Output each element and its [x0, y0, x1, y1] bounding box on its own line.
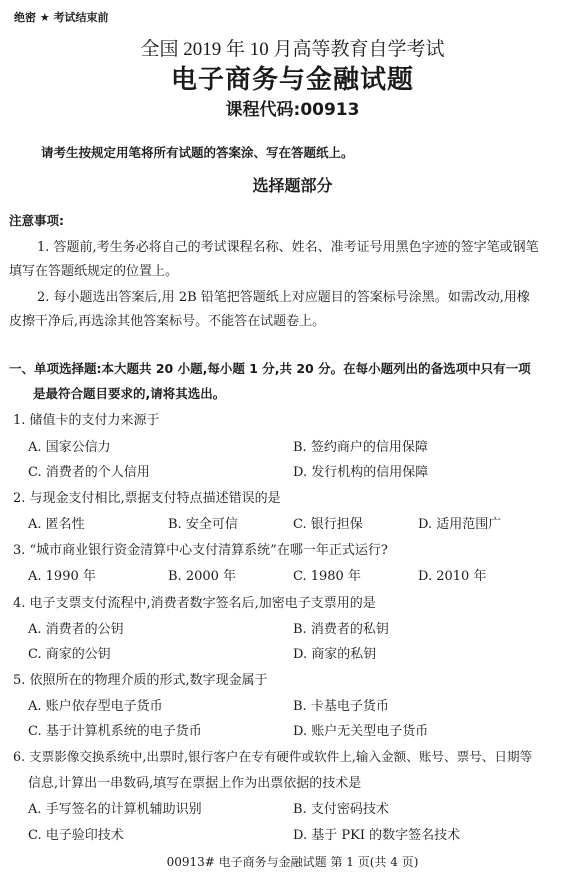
question-4-stem: 4. 电子支票支付流程中,消费者数字签名后,加密电子支票用的是	[13, 597, 376, 610]
question-1-option-a: A. 国家公信力	[28, 441, 111, 454]
question-1-stem: 1. 储值卡的支付力来源于	[13, 414, 160, 427]
question-3-option-d: D. 2010 年	[418, 570, 486, 583]
section-heading-line-2: 是最符合题目要求的,请将其选出。	[33, 388, 225, 401]
note-2-line-1: 2. 每小题选出答案后,用 2B 铅笔把答题纸上对应题目的答案标号涂黑。如需改动…	[37, 291, 530, 304]
question-6-stem-line-1: 6. 支票影像交换系统中,出票时,银行客户在专有硬件或软件上,输入金额、账号、票…	[13, 751, 532, 764]
question-6-option-a: A. 手写签名的计算机辅助识别	[28, 803, 202, 816]
question-1-option-d: D. 发行机构的信用保障	[293, 466, 428, 479]
question-1-option-b: B. 签约商户的信用保障	[293, 441, 428, 454]
confidential-label: 绝密 ★ 考试结束前	[14, 12, 109, 23]
question-5-option-b: B. 卡基电子货币	[293, 700, 389, 713]
note-1-line-2: 填写在答题纸规定的位置上。	[9, 265, 178, 278]
page-title: 电子商务与金融试题	[0, 67, 585, 93]
question-3-stem: 3. “城市商业银行资金清算中心支付清算系统”在哪一年正式运行?	[13, 544, 388, 557]
section-heading-line-1: 一、单项选择题:本大题共 20 小题,每小题 1 分,共 20 分。在每小题列出…	[9, 363, 531, 376]
question-3-option-a: A. 1990 年	[28, 570, 96, 583]
question-4-option-d: D. 商家的私钥	[293, 648, 376, 661]
question-6-option-b: B. 支付密码技术	[293, 803, 389, 816]
question-2-option-c: C. 银行担保	[293, 518, 363, 531]
notes-heading: 注意事项:	[9, 215, 64, 228]
answer-instruction: 请考生按规定用笔将所有试题的答案涂、写在答题纸上。	[41, 147, 354, 160]
question-4-option-c: C. 商家的公钥	[28, 648, 111, 661]
question-5-option-a: A. 账户依存型电子货币	[28, 700, 163, 713]
question-6-option-d: D. 基于 PKI 的数字签名技术	[293, 829, 460, 842]
question-5-option-d: D. 账户无关型电子货币	[293, 725, 428, 738]
question-2-option-b: B. 安全可信	[168, 518, 238, 531]
question-2-option-a: A. 匿名性	[28, 518, 85, 531]
exam-session-line: 全国 2019 年 10 月高等教育自学考试	[0, 40, 585, 59]
question-2-option-d: D. 适用范围广	[418, 518, 501, 531]
page-footer: 00913# 电子商务与金融试题 第 1 页(共 4 页)	[0, 856, 585, 868]
part-title: 选择题部分	[0, 178, 585, 194]
note-1-line-1: 1. 答题前,考生务必将自己的考试课程名称、姓名、准考证号用黑色字迹的签字笔或钢…	[37, 241, 539, 254]
question-5-stem: 5. 依照所在的物理介质的形式,数字现金属于	[13, 674, 268, 687]
question-5-option-c: C. 基于计算机系统的电子货币	[28, 725, 202, 738]
note-2-line-2: 皮擦干净后,再选涂其他答案标号。不能答在试题卷上。	[9, 315, 325, 328]
question-4-option-a: A. 消费者的公钥	[28, 623, 124, 636]
question-6-stem-line-2: 信息,计算出一串数码,填写在票据上作为出票依据的技术是	[28, 777, 361, 790]
course-code: 课程代码:00913	[0, 102, 585, 119]
question-3-option-b: B. 2000 年	[168, 570, 236, 583]
question-2-stem: 2. 与现金支付相比,票据支付特点描述错误的是	[13, 492, 281, 505]
question-6-option-c: C. 电子验印技术	[28, 829, 124, 842]
question-3-option-c: C. 1980 年	[293, 570, 361, 583]
question-4-option-b: B. 消费者的私钥	[293, 623, 389, 636]
question-1-option-c: C. 消费者的个人信用	[28, 466, 150, 479]
